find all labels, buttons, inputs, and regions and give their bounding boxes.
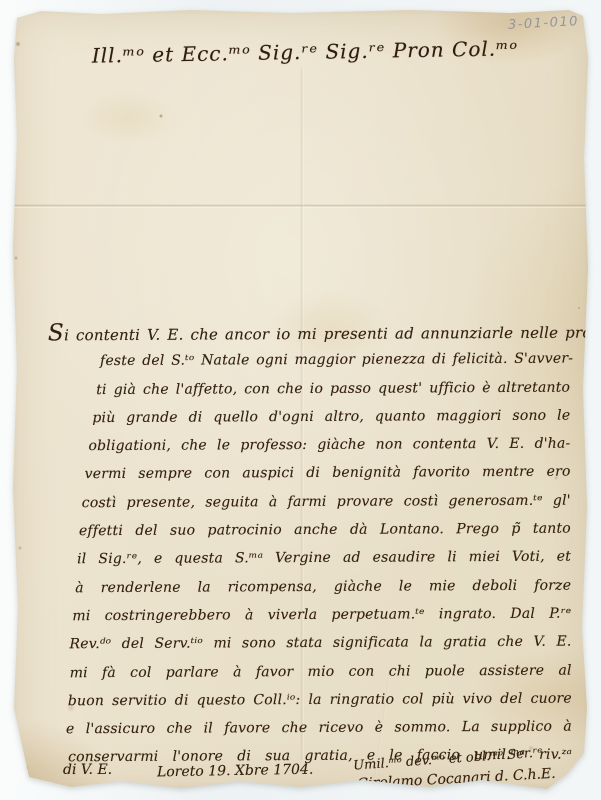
manuscript-line: vermi sempre con auspici di benignità fa… xyxy=(39,458,571,489)
closing-addressee: di V. E. xyxy=(63,762,112,778)
manuscript-line: più grande di quello d'ogni altro, quant… xyxy=(38,401,570,432)
manuscript-line: effetti del suo patrocinio anche dà Lont… xyxy=(39,515,571,546)
manuscript-line: mi fà col parlare à favor mio con chi pu… xyxy=(40,656,572,687)
catalog-number: 3-01-010 xyxy=(508,14,580,33)
date-line: Loreto 19. Xbre 1704. xyxy=(157,762,314,781)
manuscript-line: feste del S.ᵗᵒ Natale ogni maggior piene… xyxy=(38,345,570,376)
manuscript-line: Rev.ᵈᵒ del Serv.ᵗⁱᵒ mi sono stata signif… xyxy=(39,628,571,659)
letter-page: 3-01-010 Ill.ᵐᵒ et Ecc.ᵐᵒ Sig.ʳᵉ Sig.ʳᵉ … xyxy=(11,8,591,790)
letter-page-wrapper: 3-01-010 Ill.ᵐᵒ et Ecc.ᵐᵒ Sig.ʳᵉ Sig.ʳᵉ … xyxy=(11,8,591,790)
manuscript-line: buon servitio di questo Coll.ⁱᵒ: la ring… xyxy=(40,684,572,715)
manuscript-line: il Sig.ʳᵉ, e questa S.ᵐᵃ Vergine ad esau… xyxy=(39,543,571,574)
scanned-letter-photo: 3-01-010 Ill.ᵐᵒ et Ecc.ᵐᵒ Sig.ʳᵉ Sig.ʳᵉ … xyxy=(0,0,601,800)
manuscript-line: mi costringerebbero à viverla perpetuam.… xyxy=(39,600,571,631)
manuscript-line: e l'assicuro che il favore che ricevo è … xyxy=(40,713,572,744)
manuscript-line: costì presente, seguita à farmi provare … xyxy=(39,486,571,517)
manuscript-line: ti già che l'affetto, con che io passo q… xyxy=(38,373,570,404)
manuscript-line: obligationi, che le professo: giàche non… xyxy=(38,430,570,461)
manuscript-line: Si contenti V. E. che ancor io mi presen… xyxy=(38,317,570,348)
manuscript-line: à renderlene la ricompensa, giàche le mi… xyxy=(39,571,571,602)
letter-body: Si contenti V. E. che ancor io mi presen… xyxy=(38,317,572,773)
salutation-line: Ill.ᵐᵒ et Ecc.ᵐᵒ Sig.ʳᵉ Sig.ʳᵉ Pron Col.… xyxy=(11,35,591,69)
